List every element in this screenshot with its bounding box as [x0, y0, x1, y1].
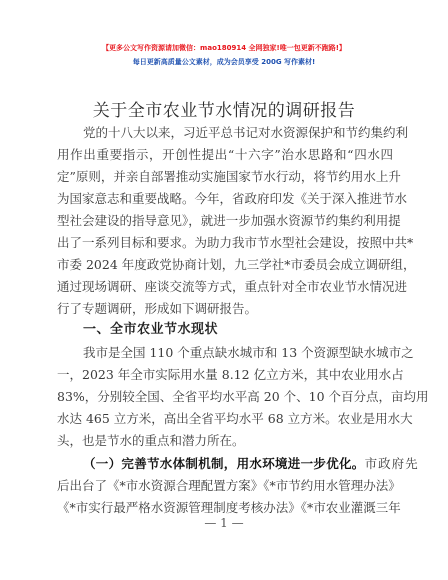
intro-line: 型社会建设的指导意见》，就进一步加强水资源节约集约利用提	[57, 212, 393, 230]
intro-line: 党的十八大以来，习近平总书记对水资源保护和节约集约利	[83, 124, 393, 142]
intro-line: 定”原则，并亲自部署推动实施国家节水行动，将节约用水上升	[57, 168, 393, 186]
subsection-line: 后出台了《*市水资源合理配置方案》《*市节约用水管理办法》	[57, 477, 393, 495]
intro-line: 用作出重要指示，开创性提出“十六字”治水思路和“四水四	[57, 146, 393, 164]
intro-line: 出了一系列目标和要求。为助力我市节水型社会建设，按照中共*	[57, 234, 393, 252]
promo-banner-line2: 每日更新高质量公文素材，成为会员享受 200G 写作素材!	[0, 57, 448, 67]
page-number: — 1 —	[0, 516, 448, 530]
subsection-text: 市政府先	[365, 455, 419, 473]
document-title: 关于全市农业节水情况的调研报告	[0, 96, 448, 121]
document-page: 【更多公文写作资源请加微信：mao180914 全网独家!唯一包更新不跑路!】 …	[0, 0, 448, 580]
section-line: 头，也是节水的重点和潜力所在。	[57, 432, 393, 450]
intro-line: 为国家意志和重要战略。今年，省政府印发《关于深入推进节水	[57, 190, 393, 208]
subsection-line: 《*市实行最严格水资源管理制度考核办法》《*市农业灌溉三年	[57, 499, 393, 517]
section-line: 水达 465 立方米，高出全省平均水平 68 立方米。农业是用水大	[57, 410, 393, 428]
section-heading: 一、全市农业节水现状	[83, 321, 218, 339]
subsection-heading: （一）完善节水体制机制，用水环境进一步优化。	[83, 455, 365, 473]
promo-banner-line1: 【更多公文写作资源请加微信：mao180914 全网独家!唯一包更新不跑路!】	[0, 43, 448, 53]
subsection-heading-line: （一）完善节水体制机制，用水环境进一步优化。 市政府先	[83, 455, 393, 473]
section-line: 我市是全国 110 个重点缺水城市和 13 个资源型缺水城市之	[83, 344, 393, 362]
intro-line: 通过现场调研、座谈交流等方式，重点针对全市农业节水情况进	[57, 278, 393, 296]
section-line: 83%，分别较全国、全省平均水平高 20 个、10 个百分点，亩均用	[57, 388, 393, 406]
intro-line: 市委 2024 年度政党协商计划，九三学社*市委员会成立调研组，	[57, 256, 393, 274]
section-line: 一，2023 年全市实际用水量 8.12 亿立方米，其中农业用水占	[57, 366, 393, 384]
intro-line: 行了专题调研，形成如下调研报告。	[57, 300, 393, 318]
